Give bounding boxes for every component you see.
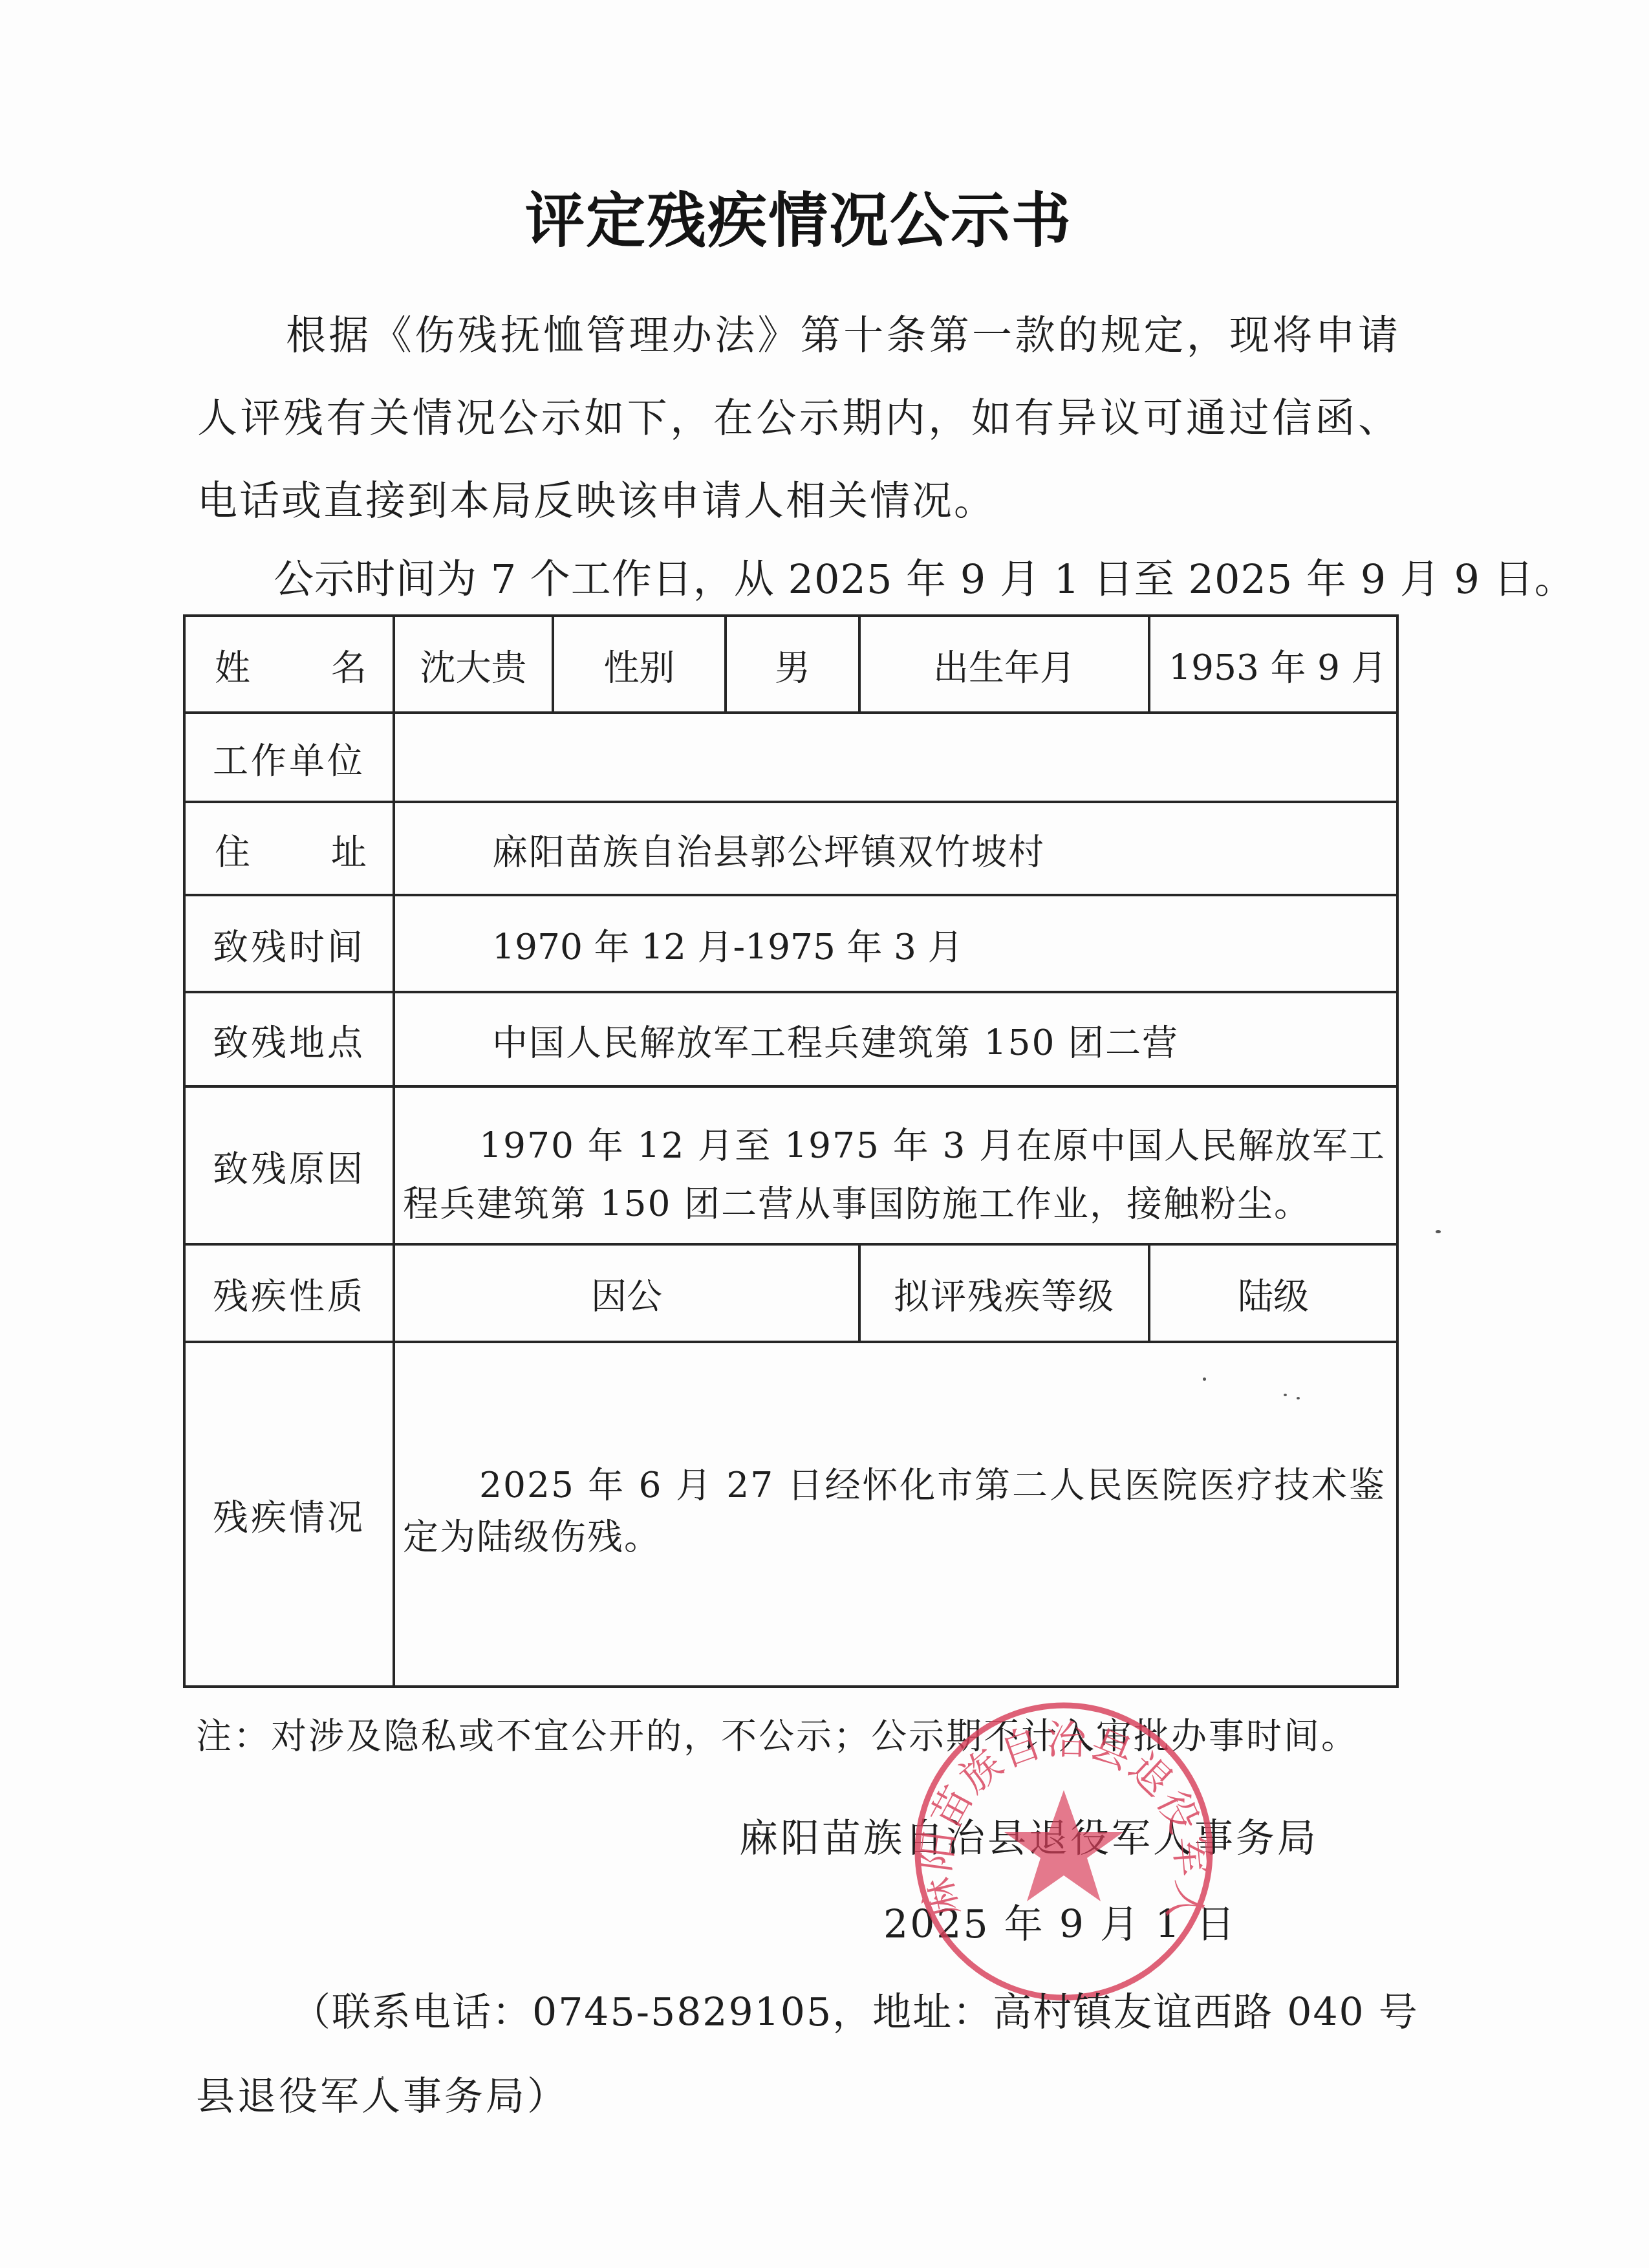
label-address: 住 址 — [186, 803, 393, 894]
label-disability-place: 致残地点 — [186, 993, 393, 1085]
contact-info-line-1: （联系电话：0745-5829105，地址：高村镇友谊西路 040 号 — [292, 1982, 1419, 2037]
work-unit-value — [395, 714, 1396, 801]
label-disability-time: 致残时间 — [186, 896, 393, 991]
scan-speck — [1284, 1394, 1287, 1396]
label-proposed-grade: 拟评残疾等级 — [861, 1246, 1148, 1341]
star-icon — [1004, 1790, 1123, 1901]
label-address-char-2: 址 — [331, 823, 367, 874]
scan-speck — [382, 2076, 383, 2080]
disability-time-value: 1970 年 12 月-1975 年 3 月 — [395, 896, 1396, 991]
label-name: 姓 名 — [186, 617, 393, 711]
page-title: 评定残疾情况公示书 — [0, 173, 1597, 259]
label-address-char-1: 住 — [215, 823, 250, 874]
intro-paragraph: 根据《伤残抚恤管理办法》第十条第一款的规定，现将申请人评残有关情况公示如下，在公… — [197, 294, 1400, 543]
label-gender: 性别 — [554, 617, 724, 711]
label-name-char-1: 姓 — [215, 639, 250, 690]
scan-speck — [1297, 1397, 1300, 1399]
label-work-unit: 工作单位 — [186, 714, 393, 801]
gender-value: 男 — [727, 617, 858, 711]
scan-speck — [1436, 1230, 1441, 1233]
document-page: 评定残疾情况公示书 根据《伤残抚恤管理办法》第十条第一款的规定，现将申请人评残有… — [0, 0, 1649, 2268]
official-seal: 麻阳苗族自治县退役军人事务局 — [912, 1700, 1216, 2003]
disability-condition-value: 2025 年 6 月 27 日经怀化市第二人民医院医疗技术鉴定为陆级伤残。 — [403, 1459, 1386, 1588]
disability-cause-value: 1970 年 12 月至 1975 年 3 月在原中国人民解放军工程兵建筑第 1… — [403, 1116, 1386, 1239]
disability-place-value: 中国人民解放军工程兵建筑第 150 团二营 — [395, 993, 1396, 1085]
proposed-grade-value: 陆级 — [1150, 1246, 1396, 1341]
label-disability-cause: 致残原因 — [186, 1088, 393, 1243]
contact-info-line-2: 县退役军人事务局） — [196, 2066, 568, 2121]
label-disability-condition: 残疾情况 — [186, 1343, 393, 1685]
publicity-period: 公示时间为 7 个工作日，从 2025 年 9 月 1 日至 2025 年 9 … — [274, 547, 1575, 605]
label-name-char-2: 名 — [331, 639, 367, 690]
applicant-name: 沈大贵 — [395, 617, 552, 711]
label-birth: 出生年月 — [861, 617, 1148, 711]
disability-info-table: 姓 名 沈大贵 性别 男 出生年月 1953 年 9 月 工作单位 住 址 麻阳… — [183, 614, 1399, 1688]
birth-value: 1953 年 9 月 — [1150, 617, 1396, 711]
disability-nature-value: 因公 — [395, 1246, 858, 1341]
scan-speck — [1203, 1377, 1206, 1381]
label-disability-nature: 残疾性质 — [186, 1246, 393, 1341]
address-value: 麻阳苗族自治县郭公坪镇双竹坡村 — [395, 803, 1396, 894]
